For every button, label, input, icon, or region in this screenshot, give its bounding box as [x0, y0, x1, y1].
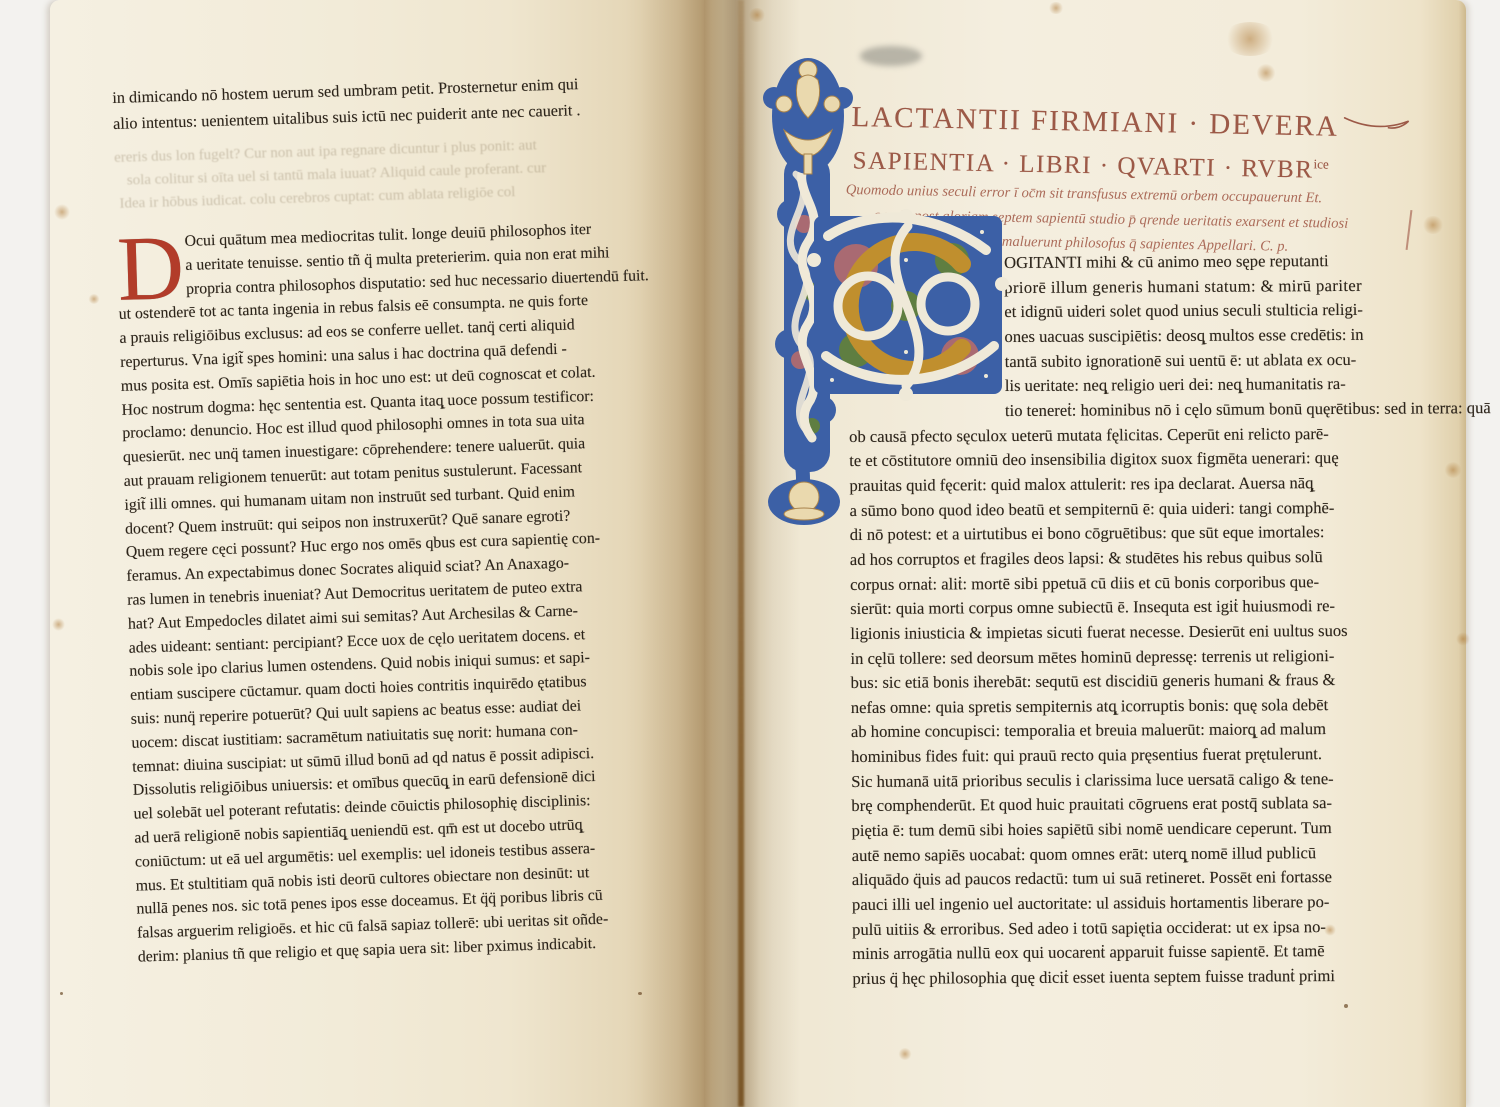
gutter-crease: [738, 0, 744, 1107]
text-line: in cęlū tollere: sed deorsum mētes homin…: [850, 643, 1456, 671]
text-line: pauci illi uel ingenio uel auctoritate: …: [852, 889, 1458, 917]
pen-flourish-icon: [1343, 114, 1413, 131]
bottom-finial: [768, 466, 840, 525]
initial-C-block: [807, 209, 1009, 401]
text-line: brę comphenderūt. Et quod huic prauitati…: [851, 791, 1457, 819]
text-line: ab homine concupisci: temporalia et breu…: [851, 717, 1457, 745]
text-line: corpus ornaṫ: aliṫ: mortē sibi ppetuā cū…: [850, 569, 1456, 597]
text-line: sierūt: quia morti corpus omne subiectū …: [850, 593, 1456, 621]
left-page-bleedthrough: ereris dus lon fugelt? Cur non aut ipa r…: [114, 130, 674, 216]
text-line: aliquādo q̈uis ad paucos redactū: tum ui…: [852, 865, 1458, 893]
rubricated-dropcap-initial: D: [116, 232, 175, 282]
gray-smudge: [860, 46, 922, 66]
text-line: Sic humanā uitā prioribus seculis i clar…: [851, 766, 1457, 794]
heading-line2-superscript: ice: [1313, 156, 1328, 171]
candelabra-finial: [763, 58, 853, 174]
left-page-text-block: in dimicando nō hostem uerum sed umbram …: [112, 69, 696, 969]
ink-speck: [1344, 1004, 1348, 1008]
text-line: autē nemo sapiēs uocabaṫ: quom omnes erā…: [852, 840, 1458, 868]
ink-speck: [60, 992, 63, 995]
text-line: prius q̈ hęc philosophia quę diciṫ esset…: [852, 963, 1458, 991]
illuminated-initial-ornament: [756, 54, 1016, 536]
text-line: minis arrogātia nullū eox qui uocarenṫ a…: [852, 939, 1458, 967]
text-line: hominibus fides fuit: qui prauū recto qu…: [851, 741, 1457, 769]
text-line: piętia ē: tum demū sibi hoies sapiētū si…: [851, 815, 1457, 843]
text-line: ligionis iniusticia & impietas sicuti fu…: [850, 618, 1456, 646]
text-line: nefas omne: quia spretis sempiternis atq…: [851, 692, 1457, 720]
text-line: pulū uitiis & erroribus. Sed adeo i totū…: [852, 914, 1458, 942]
text-line: bus: sic etiā bonis iherebāt: sequtū est…: [851, 667, 1457, 695]
ink-speck: [638, 992, 642, 995]
text-line: ad hos corruptos et fragiles deos lapsi:…: [850, 544, 1456, 572]
manuscript-photo: in dimicando nō hostem uerum sed umbram …: [0, 0, 1500, 1107]
left-page-paragraph-lines: Ocui quātum mea mediocritas tulit. longe…: [116, 215, 696, 969]
left-page-paragraph: D Ocui quātum mea mediocritas tulit. lon…: [116, 215, 696, 969]
